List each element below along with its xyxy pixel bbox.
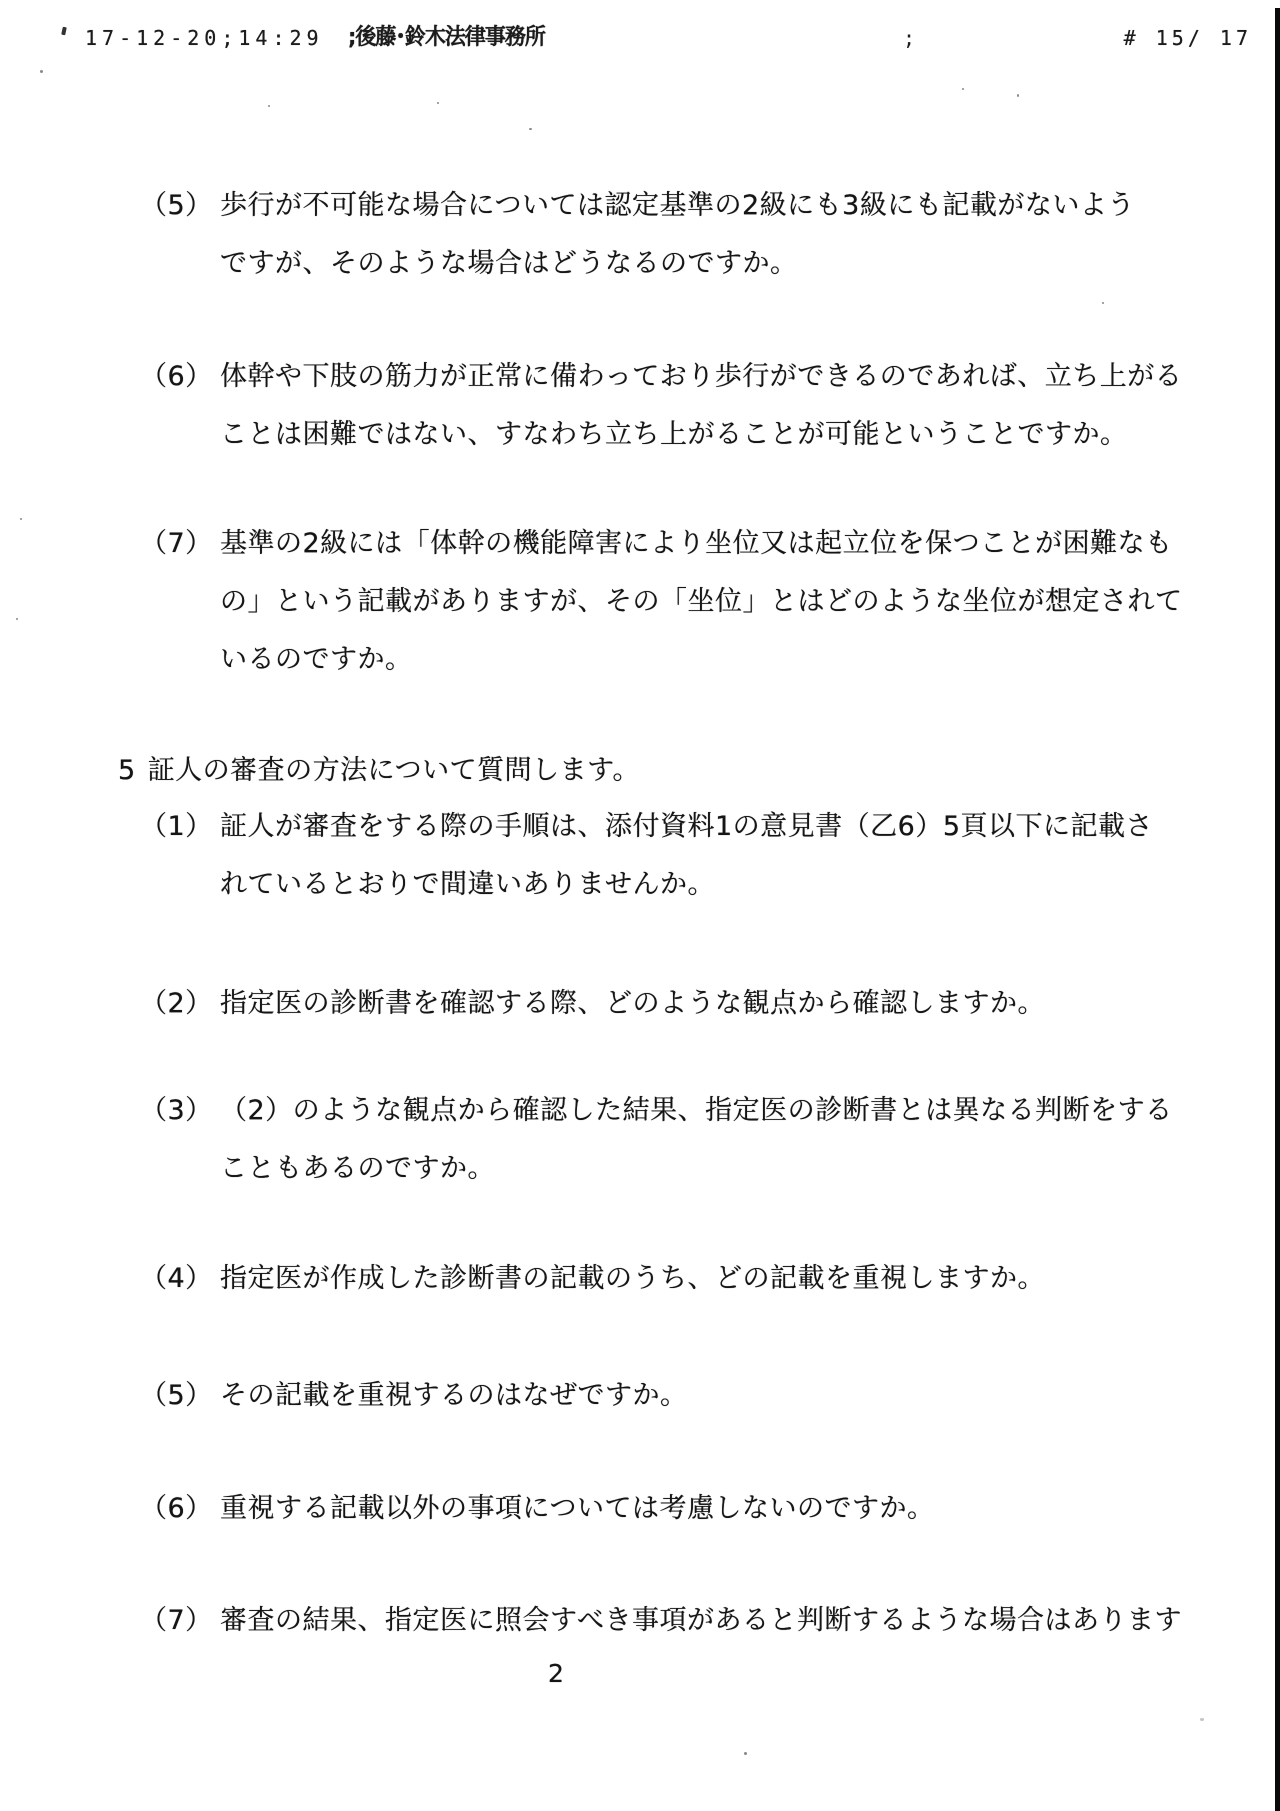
question-number: （3） <box>140 1082 220 1140</box>
question-text: （2）のような観点から確認した結果、指定医の診断書とは異なる判断をする こともあ… <box>220 1082 1173 1198</box>
question-line: 歩行が不可能な場合については認定基準の2級にも3級にも記載がないよう <box>220 177 1160 235</box>
fax-header-separator: ; <box>903 26 915 50</box>
scan-speck <box>268 105 270 107</box>
scan-speck <box>40 70 43 73</box>
scan-speck <box>744 1752 747 1755</box>
question-text: その記載を重視するのはなぜですか。 <box>220 1367 1160 1425</box>
question-item-prev-7: （7） 基準の2級には「体幹の機能障害により坐位又は起立位を保つことが困難なも … <box>140 515 1160 689</box>
page-number: 2 <box>548 1645 564 1703</box>
question-item-prev-5: （5） 歩行が不可能な場合については認定基準の2級にも3級にも記載がないよう で… <box>140 177 1160 293</box>
question-number: （2） <box>140 975 220 1033</box>
question-text: 証人が審査をする際の手順は、添付資料1の意見書（乙6）5頁以下に記載さ れている… <box>220 798 1160 914</box>
question-item-4: （4） 指定医が作成した診断書の記載のうち、どの記載を重視しますか。 <box>140 1250 1160 1308</box>
question-line: れているとおりで間違いありませんか。 <box>220 856 1160 914</box>
question-text: 基準の2級には「体幹の機能障害により坐位又は起立位を保つことが困難なも の」とい… <box>220 515 1183 689</box>
question-number: （4） <box>140 1250 220 1308</box>
question-number: （6） <box>140 348 220 406</box>
fax-sender-name: ;後藤･鈴木法律事務所 <box>348 24 545 49</box>
question-text: 重視する記載以外の事項については考慮しないのですか。 <box>220 1480 1160 1538</box>
question-line: いるのですか。 <box>220 631 1183 689</box>
question-line: ことは困難ではない、すなわち立ち上がることが可能ということですか。 <box>220 406 1182 464</box>
question-item-1: （1） 証人が審査をする際の手順は、添付資料1の意見書（乙6）5頁以下に記載さ … <box>140 798 1160 914</box>
question-line: 指定医の診断書を確認する際、どのような観点から確認しますか。 <box>220 975 1160 1033</box>
question-number: （6） <box>140 1480 220 1538</box>
question-number: （7） <box>140 515 220 573</box>
question-line: その記載を重視するのはなぜですか。 <box>220 1367 1160 1425</box>
section-title: 証人の審査の方法について質問します。 <box>148 755 640 786</box>
question-item-6: （6） 重視する記載以外の事項については考慮しないのですか。 <box>140 1480 1160 1538</box>
question-line: の」という記載がありますが、その「坐位」とはどのような坐位が想定されて <box>220 573 1183 631</box>
question-number: （5） <box>140 1367 220 1425</box>
question-line: 指定医が作成した診断書の記載のうち、どの記載を重視しますか。 <box>220 1250 1160 1308</box>
question-line: ですが、そのような場合はどうなるのですか。 <box>220 235 1160 293</box>
question-text: 体幹や下肢の筋力が正常に備わっており歩行ができるのであれば、立ち上がる ことは困… <box>220 348 1182 464</box>
question-text: 審査の結果、指定医に照会すべき事項があると判断するような場合はあります <box>220 1592 1182 1650</box>
scan-speck <box>1102 302 1104 304</box>
fax-timestamp: 17-12-20;14:29 <box>85 26 324 50</box>
fax-page-indicator: # 15/ 17 <box>1124 26 1252 50</box>
scan-speck <box>16 618 18 620</box>
question-line: こともあるのですか。 <box>220 1140 1173 1198</box>
section-heading: 5証人の審査の方法について質問します。 <box>118 742 1138 800</box>
question-line: 証人が審査をする際の手順は、添付資料1の意見書（乙6）5頁以下に記載さ <box>220 798 1160 856</box>
scan-speck <box>529 128 532 130</box>
question-number: （7） <box>140 1592 220 1650</box>
question-item-3: （3） （2）のような観点から確認した結果、指定医の診断書とは異なる判断をする … <box>140 1082 1160 1198</box>
question-line: 審査の結果、指定医に照会すべき事項があると判断するような場合はあります <box>220 1592 1182 1650</box>
question-text: 歩行が不可能な場合については認定基準の2級にも3級にも記載がないよう ですが、そ… <box>220 177 1160 293</box>
question-line: 基準の2級には「体幹の機能障害により坐位又は起立位を保つことが困難なも <box>220 515 1183 573</box>
question-text: 指定医が作成した診断書の記載のうち、どの記載を重視しますか。 <box>220 1250 1160 1308</box>
section-number: 5 <box>118 755 136 786</box>
question-line: 重視する記載以外の事項については考慮しないのですか。 <box>220 1480 1160 1538</box>
question-item-5: （5） その記載を重視するのはなぜですか。 <box>140 1367 1160 1425</box>
question-line: （2）のような観点から確認した結果、指定医の診断書とは異なる判断をする <box>220 1082 1173 1140</box>
scan-speck <box>437 102 439 104</box>
question-number: （1） <box>140 798 220 856</box>
question-item-prev-6: （6） 体幹や下肢の筋力が正常に備わっており歩行ができるのであれば、立ち上がる … <box>140 348 1160 464</box>
scan-edge-artifact <box>1275 8 1280 1811</box>
scan-speck <box>20 518 22 520</box>
question-number: （5） <box>140 177 220 235</box>
question-item-2: （2） 指定医の診断書を確認する際、どのような観点から確認しますか。 <box>140 975 1160 1033</box>
question-line: 体幹や下肢の筋力が正常に備わっており歩行ができるのであれば、立ち上がる <box>220 348 1182 406</box>
scan-speck <box>962 88 964 90</box>
scanned-fax-page: 17-12-20;14:29 ;後藤･鈴木法律事務所 ; # 15/ 17 （5… <box>0 0 1280 1811</box>
fax-header: 17-12-20;14:29 ;後藤･鈴木法律事務所 ; # 15/ 17 <box>0 24 1280 52</box>
question-text: 指定医の診断書を確認する際、どのような観点から確認しますか。 <box>220 975 1160 1033</box>
scan-speck <box>1200 1718 1204 1721</box>
question-item-7: （7） 審査の結果、指定医に照会すべき事項があると判断するような場合はあります <box>140 1592 1160 1650</box>
scan-speck <box>1017 94 1019 97</box>
